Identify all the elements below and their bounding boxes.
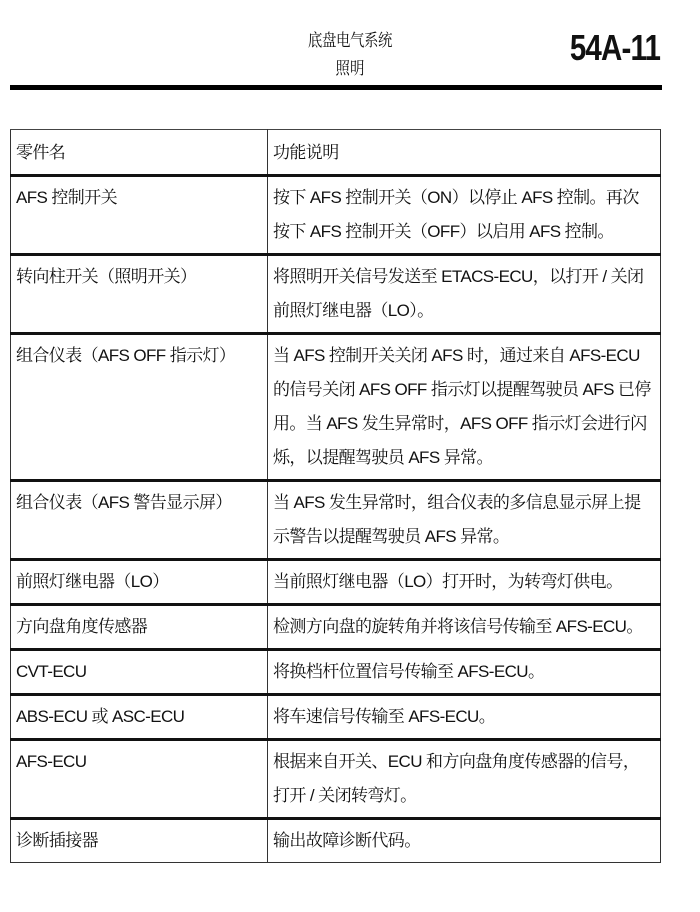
part-function: 输出故障诊断代码。 bbox=[268, 819, 661, 863]
part-function: 检测方向盘的旋转角并将该信号传输至 AFS-ECU。 bbox=[268, 605, 661, 650]
table-row: CVT-ECU 将换档杆位置信号传输至 AFS-ECU。 bbox=[11, 650, 661, 695]
table-row: 方向盘角度传感器 检测方向盘的旋转角并将该信号传输至 AFS-ECU。 bbox=[11, 605, 661, 650]
part-function: 将照明开关信号发送至 ETACS-ECU，以打开 / 关闭前照灯继电器（LO）。 bbox=[268, 255, 661, 334]
parts-function-table: 零件名 功能说明 AFS 控制开关 按下 AFS 控制开关（ON）以停止 AFS… bbox=[10, 129, 661, 863]
column-header-part: 零件名 bbox=[11, 130, 268, 176]
part-name: AFS 控制开关 bbox=[11, 176, 268, 255]
part-name: 方向盘角度传感器 bbox=[11, 605, 268, 650]
part-function: 按下 AFS 控制开关（ON）以停止 AFS 控制。再次按下 AFS 控制开关（… bbox=[268, 176, 661, 255]
part-function: 当前照灯继电器（LO）打开时，为转弯灯供电。 bbox=[268, 560, 661, 605]
part-name: 前照灯继电器（LO） bbox=[11, 560, 268, 605]
subsection-title: 照明 bbox=[53, 58, 648, 80]
table-row: AFS 控制开关 按下 AFS 控制开关（ON）以停止 AFS 控制。再次按下 … bbox=[11, 176, 661, 255]
table-row: 转向柱开关（照明开关） 将照明开关信号发送至 ETACS-ECU，以打开 / 关… bbox=[11, 255, 661, 334]
part-function: 当 AFS 发生异常时，组合仪表的多信息显示屏上提示警告以提醒驾驶员 AFS 异… bbox=[268, 481, 661, 560]
page-number: 54A-11 bbox=[570, 28, 660, 68]
column-header-function: 功能说明 bbox=[268, 130, 661, 176]
part-name: ABS-ECU 或 ASC-ECU bbox=[11, 695, 268, 740]
table-row: 组合仪表（AFS OFF 指示灯） 当 AFS 控制开关关闭 AFS 时，通过来… bbox=[11, 334, 661, 481]
part-function: 根据来自开关、ECU 和方向盘角度传感器的信号，打开 / 关闭转弯灯。 bbox=[268, 740, 661, 819]
part-name: 组合仪表（AFS 警告显示屏） bbox=[11, 481, 268, 560]
part-function: 当 AFS 控制开关关闭 AFS 时，通过来自 AFS-ECU 的信号关闭 AF… bbox=[268, 334, 661, 481]
table-row: ABS-ECU 或 ASC-ECU 将车速信号传输至 AFS-ECU。 bbox=[11, 695, 661, 740]
header-rule bbox=[10, 85, 662, 90]
table-header-row: 零件名 功能说明 bbox=[11, 130, 661, 176]
table-row: 前照灯继电器（LO） 当前照灯继电器（LO）打开时，为转弯灯供电。 bbox=[11, 560, 661, 605]
part-name: 诊断插接器 bbox=[11, 819, 268, 863]
part-function: 将车速信号传输至 AFS-ECU。 bbox=[268, 695, 661, 740]
table-row: AFS-ECU 根据来自开关、ECU 和方向盘角度传感器的信号，打开 / 关闭转… bbox=[11, 740, 661, 819]
table-row: 诊断插接器 输出故障诊断代码。 bbox=[11, 819, 661, 863]
section-title: 底盘电气系统 bbox=[53, 30, 648, 52]
part-name: CVT-ECU bbox=[11, 650, 268, 695]
table-row: 组合仪表（AFS 警告显示屏） 当 AFS 发生异常时，组合仪表的多信息显示屏上… bbox=[11, 481, 661, 560]
part-name: AFS-ECU bbox=[11, 740, 268, 819]
part-function: 将换档杆位置信号传输至 AFS-ECU。 bbox=[268, 650, 661, 695]
part-name: 组合仪表（AFS OFF 指示灯） bbox=[11, 334, 268, 481]
part-name: 转向柱开关（照明开关） bbox=[11, 255, 268, 334]
